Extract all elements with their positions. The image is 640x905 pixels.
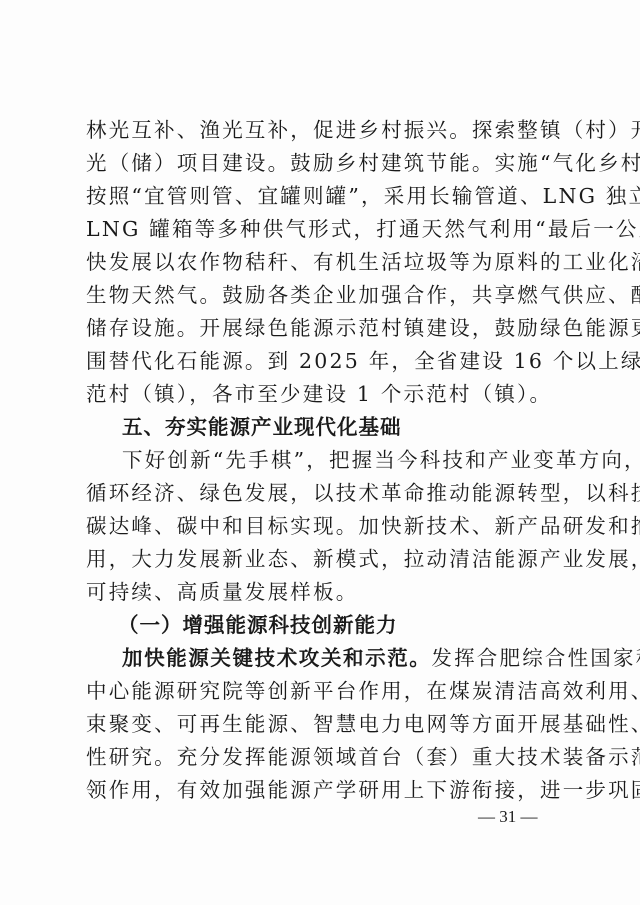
body-text-line: 可持续、高质量发展样板。 bbox=[86, 580, 556, 604]
body-text-line: 光（储）项目建设。鼓励乡村建筑节能。实施“气化乡村”工程， bbox=[86, 151, 556, 175]
paragraph-lead: 加快能源关键技术攻关和示范。 bbox=[122, 646, 431, 670]
body-text-line: 性研究。充分发挥能源领域首台（套）重大技术装备示范的引 bbox=[86, 745, 556, 769]
body-text-line: 循环经济、绿色发展，以技术革命推动能源转型，以科技支撑 bbox=[86, 481, 556, 505]
body-text-line: 束聚变、可再生能源、智慧电力电网等方面开展基础性、前沿 bbox=[86, 712, 556, 736]
subsection-heading: （一）增强能源科技创新能力 bbox=[118, 613, 588, 637]
body-text-line: 储存设施。开展绿色能源示范村镇建设，鼓励绿色能源更大范 bbox=[86, 316, 556, 340]
body-text-line: 领作用，有效加强能源产学研用上下游衔接，进一步巩固相关 bbox=[86, 778, 556, 802]
body-text-line: 下好创新“先手棋”，把握当今科技和产业变革方向，坚持 bbox=[122, 448, 556, 472]
body-text-line: 用，大力发展新业态、新模式，拉动清洁能源产业发展，打造 bbox=[86, 547, 556, 571]
document-page: 林光互补、渔光互补，促进乡村振兴。探索整镇（村）开展风 光（储）项目建设。鼓励乡… bbox=[0, 0, 640, 905]
body-text-line: LNG 罐箱等多种供气形式，打通天然气利用“最后一公里”。加 bbox=[86, 217, 556, 241]
body-text-line: 快发展以农作物秸秆、有机生活垃圾等为原料的工业化沼气和 bbox=[86, 250, 556, 274]
body-text-line: 碳达峰、碳中和目标实现。加快新技术、新产品研发和推广应 bbox=[86, 514, 556, 538]
body-text-line: 按照“宜管则管、宜罐则罐”，采用长输管道、LNG 独立供气站、 bbox=[86, 184, 556, 208]
body-text-line: 围替代化石能源。到 2025 年，全省建设 16 个以上绿色能源示 bbox=[86, 349, 556, 373]
body-text-span: 发挥合肥综合性国家科学 bbox=[431, 646, 640, 670]
page-number: — 31 — bbox=[478, 807, 538, 827]
body-text-line: 林光互补、渔光互补，促进乡村振兴。探索整镇（村）开展风 bbox=[86, 118, 556, 142]
section-heading: 五、夯实能源产业现代化基础 bbox=[122, 415, 556, 439]
body-text-line: 范村（镇），各市至少建设 1 个示范村（镇）。 bbox=[86, 382, 556, 406]
body-text-line: 生物天然气。鼓励各类企业加强合作，共享燃气供应、配送和 bbox=[86, 283, 556, 307]
body-text-line: 中心能源研究院等创新平台作用，在煤炭清洁高效利用、磁约 bbox=[86, 679, 556, 703]
body-text-line: 加快能源关键技术攻关和示范。发挥合肥综合性国家科学 bbox=[122, 646, 556, 670]
